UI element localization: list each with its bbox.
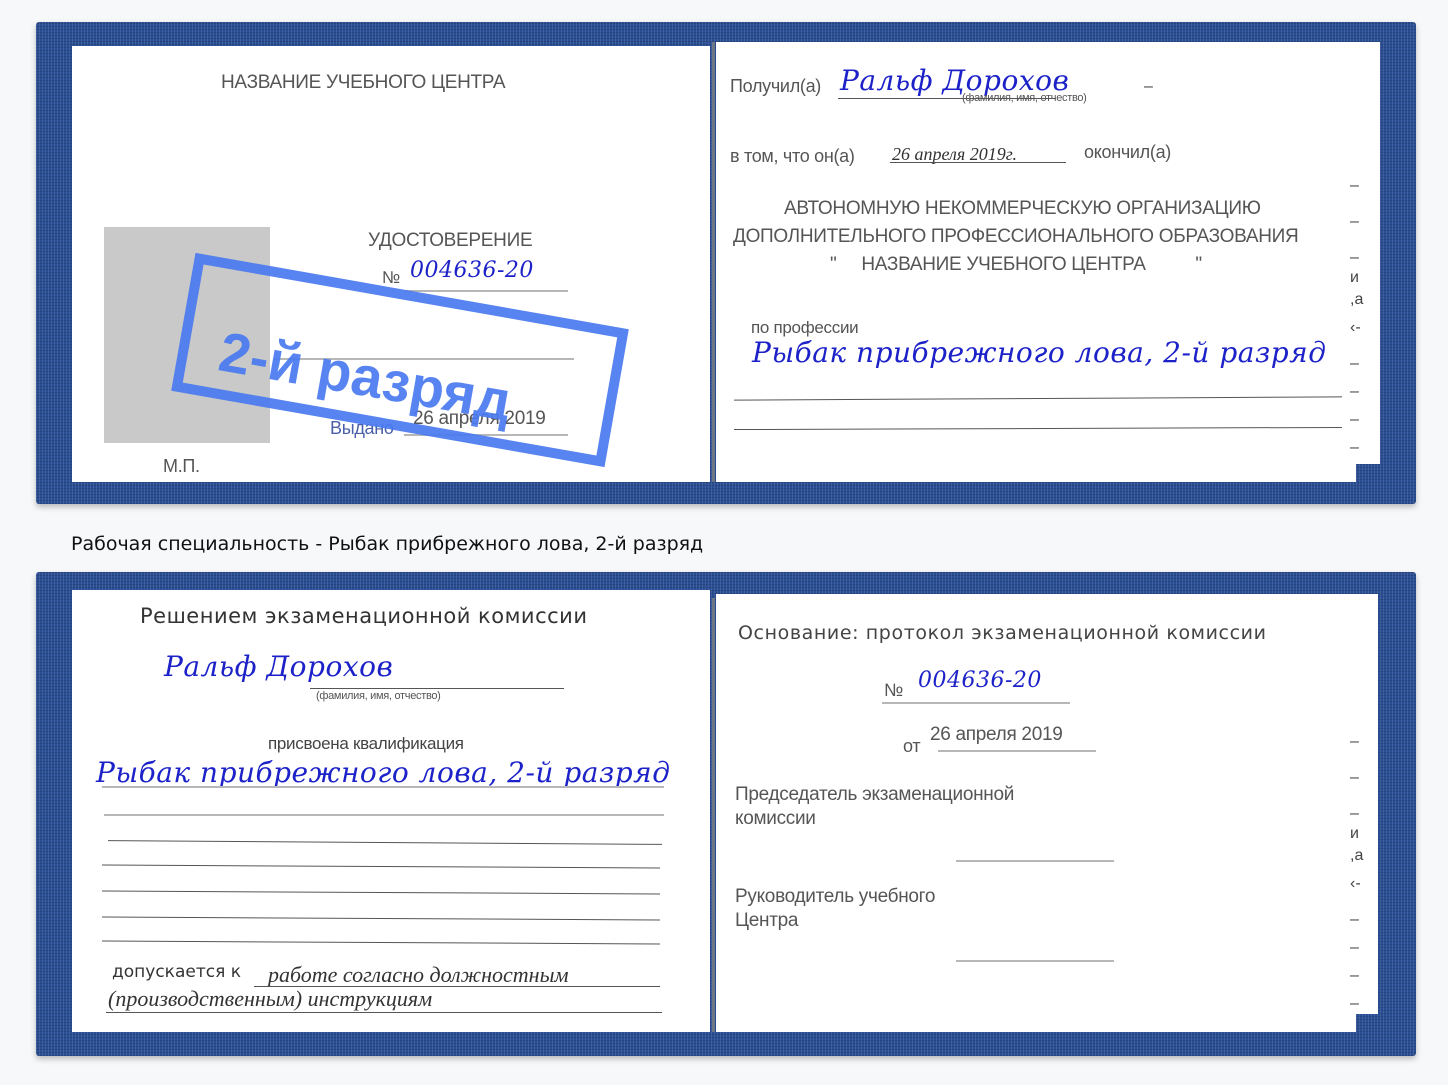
that-label: в том, что он(а) xyxy=(730,146,855,167)
org-line-2: ДОПОЛНИТЕЛЬНОГО ПРОФЕССИОНАЛЬНОГО ОБРАЗО… xyxy=(733,226,1298,248)
org-line-1: АВТОНОМНУЮ НЕКОММЕРЧЕСКУЮ ОРГАНИЗАЦИЮ xyxy=(784,198,1261,220)
chairman-label-1: Председатель экзаменационной xyxy=(735,784,1014,806)
edge-fragments-top: – – – и ,а ‹- – – – – xyxy=(1350,178,1363,468)
finished-label: окончил(а) xyxy=(1084,142,1171,163)
admitted-label: допускается к xyxy=(112,962,241,982)
head-label-2: Центра xyxy=(735,910,798,932)
number-label: № xyxy=(382,268,400,288)
protocol-number-label: № xyxy=(884,680,903,701)
profession-label: по профессии xyxy=(751,318,858,338)
specialty-caption: Рабочая специальность - Рыбак прибрежног… xyxy=(71,533,703,555)
chairman-label-2: комиссии xyxy=(735,808,816,830)
chairman-signature-line xyxy=(956,860,1114,862)
head-signature-line xyxy=(956,960,1114,962)
protocol-date-label: от xyxy=(903,736,920,757)
bottom-spine xyxy=(712,598,715,1032)
top-spine xyxy=(712,42,715,482)
doc-title: УДОСТОВЕРЕНИЕ xyxy=(368,230,532,252)
person-name: Ральф Дорохов xyxy=(164,650,393,683)
admitted-line-1: работе согласно должностным xyxy=(268,962,569,988)
profession-value: Рыбак прибрежного лова, 2-й разряд xyxy=(752,336,1326,369)
admitted-line-2: (производственным) инструкциям xyxy=(108,986,432,1012)
head-label-1: Руководитель учебного xyxy=(735,886,935,908)
seal-label: М.П. xyxy=(163,456,200,477)
decision-title: Решением экзаменационной комиссии xyxy=(140,604,587,628)
basis-title: Основание: протокол экзаменационной коми… xyxy=(738,622,1267,644)
name-hint: (фамилия, имя, отчество) xyxy=(962,92,1087,104)
certificate-number: 004636-20 xyxy=(410,258,534,283)
org-name: НАЗВАНИЕ УЧЕБНОГО ЦЕНТРА xyxy=(221,72,505,94)
org-line-3: " НАЗВАНИЕ УЧЕБНОГО ЦЕНТРА " xyxy=(830,254,1202,276)
received-label: Получил(а) xyxy=(730,76,821,97)
protocol-number: 004636-20 xyxy=(918,668,1042,693)
qualification-label: присвоена квалификация xyxy=(268,734,464,754)
name-hint-bottom: (фамилия, имя, отчество) xyxy=(316,690,441,702)
protocol-date: 26 апреля 2019 xyxy=(930,724,1063,746)
qualification-value: Рыбак прибрежного лова, 2-й разряд xyxy=(96,756,670,789)
edge-fragments-bottom: – – – и ,а ‹- – – – – xyxy=(1350,734,1363,1024)
